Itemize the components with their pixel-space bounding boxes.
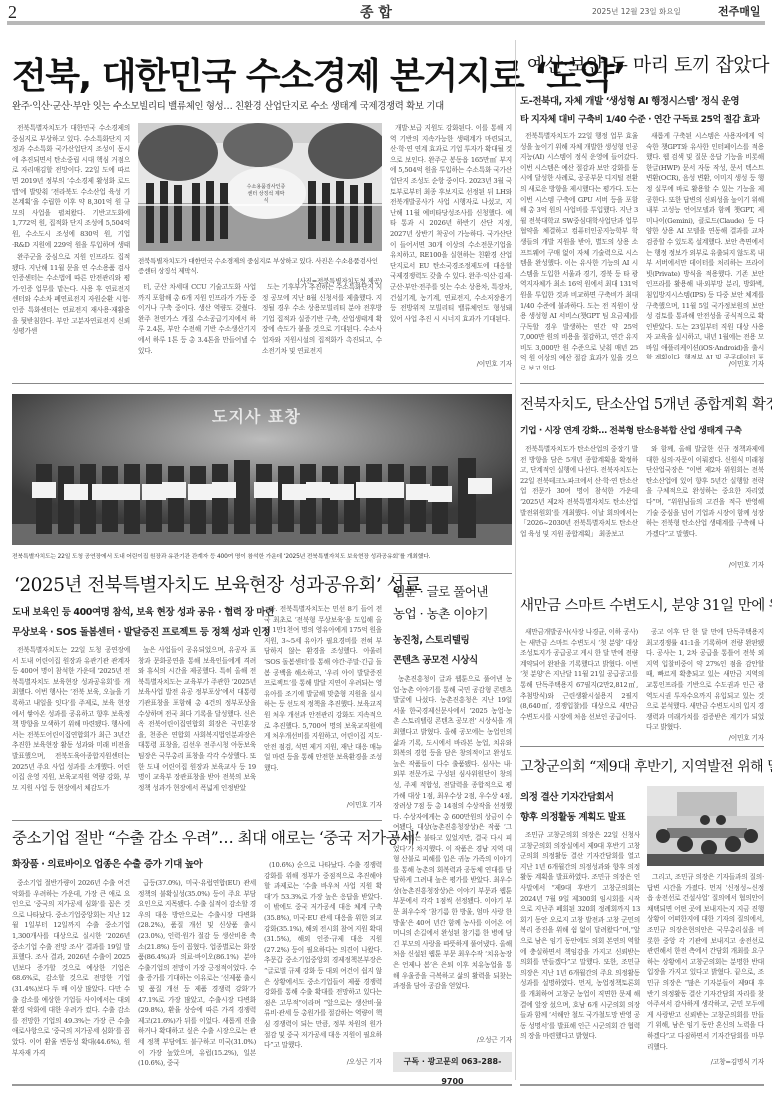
carbon-byline: /이민호 기자 bbox=[646, 560, 764, 571]
webtoon-headline-2: 농업 · 농촌 이야기 bbox=[393, 604, 488, 622]
award-ceremony-photo: 도지사 표창 bbox=[12, 394, 512, 545]
carbon-col1: 전북특별자치도가 탄소산업의 중장기 발전 방향을 담은 5개년 종합계획을 확… bbox=[520, 444, 638, 570]
lead-col1-top: 전북특별자치도가 대한민국 수소경제의 중심지로 부상하고 있다. 수소특화단지… bbox=[12, 123, 130, 250]
childcare-col2: 높은 사업들이 공유되었으며, 유공자 표창과 문화공연을 통해 보육인들에게 … bbox=[138, 645, 256, 811]
saemangeum-col1: 새만금개발공사(사장 나경균, 이하 공사)는 새만금 스마트 수변도시 ‘첫 … bbox=[520, 627, 638, 745]
webtoon-subheadline-2: 콘텐츠 공모전 시상식 bbox=[393, 652, 478, 666]
lead-subheadline: 완주·익산·군산·부안 잇는 수소모빌리티 밸류체인 형성… 친환경 산업단지로… bbox=[12, 98, 444, 112]
ai-col2: 새롭게 구축된 시스템은 사용자에게 익숙한 챗GPT와 유사한 인터페이스를 … bbox=[646, 131, 764, 359]
newspaper-name: 전주매일 bbox=[718, 3, 761, 19]
section-divider bbox=[12, 383, 512, 384]
gochang-byline: /고창=김명식 기자 bbox=[647, 1057, 764, 1068]
photo-sign-text: 수소용품검사인증센터 상징석 제막식 bbox=[246, 183, 286, 204]
childcare-subheadline-1: 도내 보육인 등 400여명 참석, 보육 현장 성과 공유 · 협력 장 마련 bbox=[12, 604, 274, 618]
press-conference-illustration bbox=[647, 786, 764, 866]
childcare-headline: ‘2025년 전북특별자치도 보육현장 성과공유회’ 성료 bbox=[14, 571, 421, 597]
export-subheadline: 화장품 · 의료바이오 업종은 수출 증가 기대 높아 bbox=[12, 856, 202, 870]
webtoon-subheadline-1: 농진청, 스토리텔링 bbox=[393, 632, 469, 646]
bottom-rule-left bbox=[12, 1084, 512, 1086]
gochang-subheadline-2: 향후 의정활동 계획도 발표 bbox=[520, 809, 625, 823]
sidebar-divider bbox=[393, 573, 512, 574]
gochang-divider bbox=[520, 746, 764, 747]
saemangeum-byline: /이민호 기자 bbox=[646, 733, 764, 744]
gochang-col1: 조민규 고창군의회 의장은 22일 신청사 고창군의회 의장실에서 제9대 후반… bbox=[520, 830, 640, 1068]
column-separator bbox=[515, 40, 516, 1080]
export-col1: 중소기업 절반가량이 2026년 수출 여건 악화를 우려하는 가운데, 가장 … bbox=[12, 878, 130, 1076]
childcare-photo-caption: 전북특별자치도는 22일 도청 공연장에서 도내 어린이집 원장과 유관기관 관… bbox=[12, 552, 512, 562]
webtoon-byline: /오성근 기자 bbox=[393, 1035, 512, 1046]
carbon-subheadline: 기업 · 시장 연계 강화… 전북형 탄소융복합 산업 생태계 구축 bbox=[520, 423, 742, 436]
gochang-col2: 그리고, 조민규 의장은 기자들과의 질의·답변 시간을 가졌다. 먼저 ‘신정… bbox=[647, 872, 764, 1057]
page-number: 2 bbox=[8, 2, 17, 23]
childcare-col3: 다. 전북특별자치도는 민선 8기 들어 전국 최초로 ‘전북형 무상보육’을 … bbox=[264, 604, 382, 800]
carbon-divider bbox=[520, 383, 764, 384]
saemangeum-headline: 새만금 스마트 수변도시, 분양 31일 만에 완판 bbox=[520, 594, 772, 615]
export-col3: (10.6%) 순으로 나타났다. 수출 경쟁력 강화를 위해 정부가 중점적으… bbox=[264, 860, 382, 1056]
subscription-ad-box: 구독 · 광고문의 063-288-9700 bbox=[393, 1052, 512, 1072]
section-name: 종 합 bbox=[360, 2, 392, 22]
masthead-rule bbox=[7, 21, 765, 25]
stage-banner-text: 도지사 표창 bbox=[212, 404, 301, 427]
ai-col1: 전북특별자치도가 22일 행정 업무 효율성을 높이기 위해 자체 개발한 생성… bbox=[520, 131, 638, 370]
gochang-subheadline-1: 의정 결산 기자간담회서 bbox=[520, 789, 614, 803]
ai-subheadline-2: 타 지자체 대비 구축비 1/40 수준 · 연간 구독료 25억 절감 효과 bbox=[520, 112, 759, 125]
saemangeum-col2: 공고 이후 단 한 달 만에 단독주택용지 최고경쟁률 41:1을 기록하며 전… bbox=[646, 627, 764, 734]
ai-byline: /이민호 기자 bbox=[646, 359, 764, 370]
bottom-rule-right bbox=[520, 1084, 764, 1086]
lead-col1-bottom: 완주군을 중심으로 지원 인프라도 집적됐다. 지난해 11월 문을 연 수소용… bbox=[12, 252, 130, 370]
gochang-press-photo bbox=[647, 786, 764, 866]
childcare-byline: /이민호 기자 bbox=[264, 800, 382, 811]
export-col2: 급등(37.0%), 미국·유럽연합(EU) 관세정책의 불확실성(35.0%)… bbox=[138, 878, 256, 1076]
lead-col3-bottom: 도는 기후부가 추진하는 수소특화단지 지정 공모에 지난 8월 신청서를 제출… bbox=[262, 282, 382, 370]
lead-col4: 개발·보급 지원도 강화된다. 이를 통해 지역 기반의 지속가능한 생태계가 … bbox=[390, 123, 512, 359]
unveiling-photo: 수소용품검사인증센터 상징석 제막식 bbox=[138, 123, 382, 251]
export-headline: 중소기업 절반 “수출 감소 우려”… 최대 애로는 ‘중국 저가공세’ bbox=[12, 826, 419, 848]
ai-headline: 예산·보안 두 마리 토끼 잡았다 bbox=[527, 50, 769, 77]
webtoon-body: 농촌진흥청이 글과 웹툰으로 풀어낸 농업·농촌 이야기를 통해 국민 공감형 … bbox=[393, 674, 512, 1036]
lead-col2-bottom: 터, 군산 차세대 CCU 기술고도화 사업까지 포함해 총 6개 지원 인프라… bbox=[138, 282, 256, 370]
issue-date: 2025년 12월 23일 화요일 bbox=[592, 6, 681, 17]
export-byline: /오성근 기자 bbox=[264, 1057, 382, 1068]
childcare-col1: 전북특별자치도는 22일 도청 공연장에서 도내 어린이집 원장과 유관기관 관… bbox=[12, 645, 130, 811]
childcare-subheadline-2: 무상보육 · SOS 돌봄센터 · 발달증진 프로젝트 등 정책 성과 인정 bbox=[12, 624, 270, 638]
webtoon-headline-1: 웹툰 · 글로 풀어낸 bbox=[393, 582, 488, 600]
gochang-headline: 고창군의회 “제9대 후반기, 지역발전 위해 달렸다” bbox=[520, 756, 772, 776]
carbon-headline: 전북자치도, 탄소산업 5개년 종합계획 확정 bbox=[520, 393, 772, 414]
ai-subheadline-1: 도-전북대, 자체 개발 ‘생성형 AI 행정시스템’ 정식 운영 bbox=[520, 93, 739, 107]
export-divider bbox=[12, 820, 382, 821]
masthead: 2 종 합 2025년 12월 23일 화요일 전주매일 bbox=[0, 0, 772, 22]
lead-byline: /이민호 기자 bbox=[390, 359, 512, 370]
carbon-col2: 와 함께, 올해 발굴한 신규 정책과제에 대한 심의·자문이 이뤄졌다. 신원… bbox=[646, 444, 764, 561]
